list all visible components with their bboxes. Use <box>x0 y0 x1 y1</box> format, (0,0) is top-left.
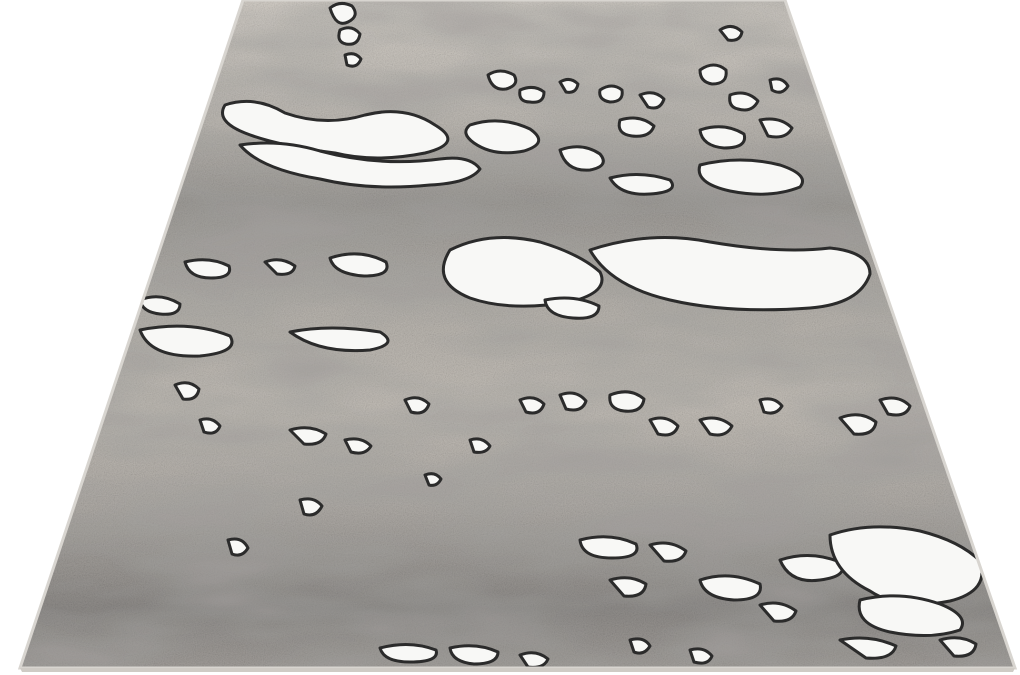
rug-photo <box>0 0 1020 675</box>
rug <box>0 0 1020 675</box>
